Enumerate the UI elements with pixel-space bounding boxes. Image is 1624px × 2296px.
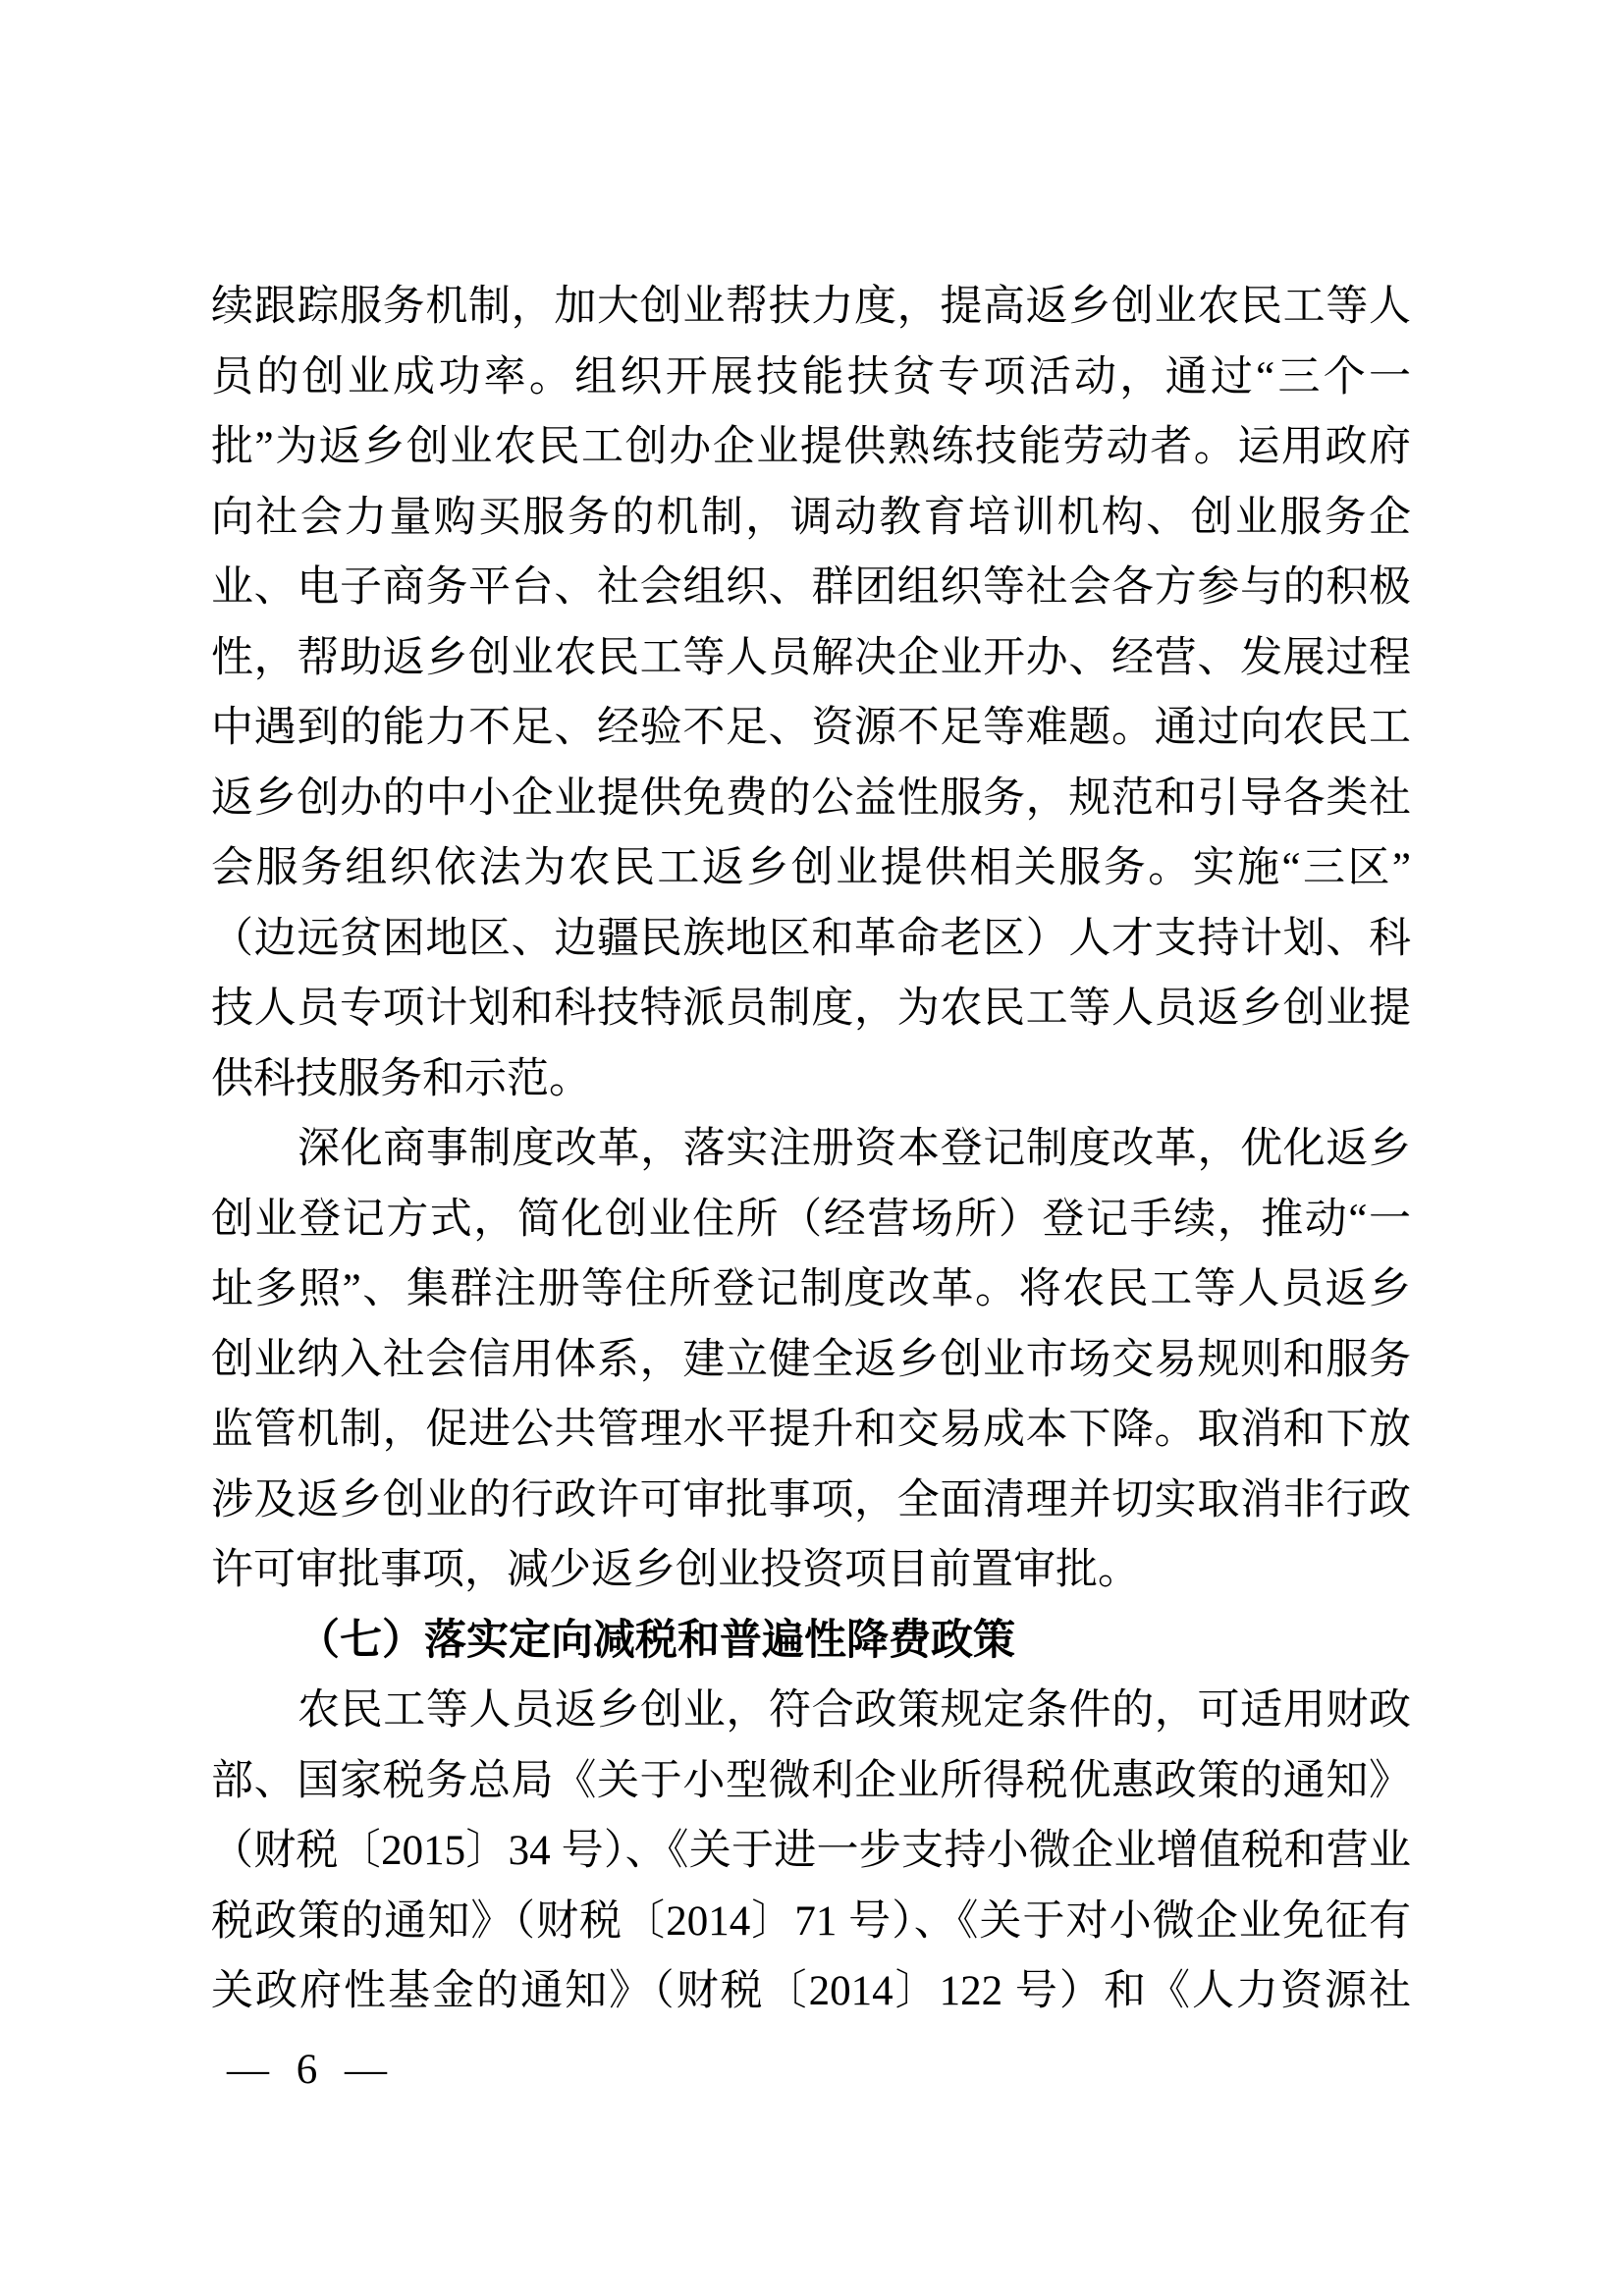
text-line: 涉及返乡创业的行政许可审批事项，全面清理并切实取消非行政 bbox=[211, 1466, 1411, 1536]
text-line: 部、国家税务总局《关于小型微利企业所得税优惠政策的通知》 bbox=[211, 1746, 1411, 1817]
text-line: 创业纳入社会信用体系，建立健全返乡创业市场交易规则和服务 bbox=[211, 1325, 1411, 1396]
text-line: （边远贫困地区、边疆民族地区和革命老区）人才支持计划、科 bbox=[211, 904, 1411, 975]
section-heading: （七）落实定向减税和普遍性降费政策 bbox=[211, 1606, 1411, 1677]
text-line: 性，帮助返乡创业农民工等人员解决企业开办、经营、发展过程 bbox=[211, 623, 1411, 694]
text-line: 关政府性基金的通知》（财税〔2014〕122 号）和《人力资源社 bbox=[211, 1956, 1411, 2027]
text-line: 深化商事制度改革，落实注册资本登记制度改革，优化返乡 bbox=[211, 1114, 1411, 1185]
page-number: — 6 — bbox=[227, 2047, 391, 2093]
text-line: 供科技服务和示范。 bbox=[211, 1044, 1411, 1115]
text-line: 监管机制，促进公共管理水平提升和交易成本下降。取消和下放 bbox=[211, 1395, 1411, 1466]
document-body: 续跟踪服务机制，加大创业帮扶力度，提高返乡创业农民工等人员的创业成功率。组织开展… bbox=[211, 272, 1411, 2027]
text-line: 业、电子商务平台、社会组织、群团组织等社会各方参与的积极 bbox=[211, 553, 1411, 623]
text-line: 员的创业成功率。组织开展技能扶贫专项活动，通过“三个一 bbox=[211, 343, 1411, 413]
page-number-footer: — 6 — bbox=[227, 2048, 391, 2093]
text-line: 向社会力量购买服务的机制，调动教育培训机构、创业服务企 bbox=[211, 483, 1411, 554]
text-line: （财税〔2015〕34 号）、《关于进一步支持小微企业增值税和营业 bbox=[211, 1816, 1411, 1887]
text-line: 农民工等人员返乡创业，符合政策规定条件的，可适用财政 bbox=[211, 1676, 1411, 1746]
text-line: 批”为返乡创业农民工创办企业提供熟练技能劳动者。运用政府 bbox=[211, 412, 1411, 483]
document-page: 续跟踪服务机制，加大创业帮扶力度，提高返乡创业农民工等人员的创业成功率。组织开展… bbox=[0, 0, 1624, 2296]
text-line: 税政策的通知》（财税〔2014〕71 号）、《关于对小微企业免征有 bbox=[211, 1887, 1411, 1957]
text-line: 技人员专项计划和科技特派员制度，为农民工等人员返乡创业提 bbox=[211, 974, 1411, 1044]
text-line: 续跟踪服务机制，加大创业帮扶力度，提高返乡创业农民工等人 bbox=[211, 272, 1411, 343]
text-line: 许可审批事项，减少返乡创业投资项目前置审批。 bbox=[211, 1535, 1411, 1606]
text-line: 会服务组织依法为农民工返乡创业提供相关服务。实施“三区” bbox=[211, 833, 1411, 904]
text-line: 址多照”、集群注册等住所登记制度改革。将农民工等人员返乡 bbox=[211, 1255, 1411, 1325]
text-line: 创业登记方式，简化创业住所（经营场所）登记手续，推动“一 bbox=[211, 1185, 1411, 1255]
text-line: 中遇到的能力不足、经验不足、资源不足等难题。通过向农民工 bbox=[211, 693, 1411, 764]
text-line: 返乡创办的中小企业提供免费的公益性服务，规范和引导各类社 bbox=[211, 764, 1411, 834]
